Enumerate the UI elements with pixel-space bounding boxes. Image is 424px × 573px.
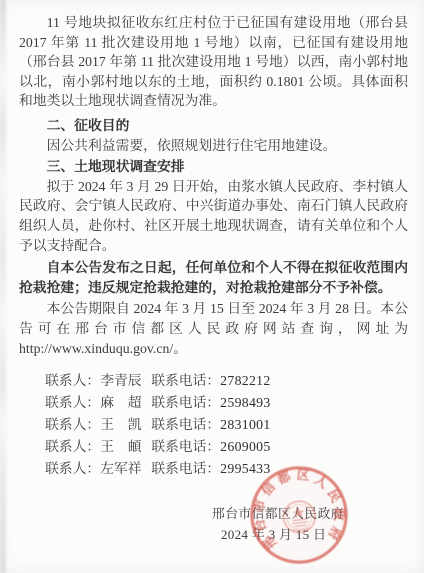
contact-name: 王 頔 [100, 436, 144, 458]
url-period: 。 [173, 341, 187, 356]
contact-name: 李青辰 [100, 370, 144, 392]
contact-label: 联系人： [45, 373, 100, 388]
scanned-notice-page: 11 号地块拟征收东红庄村位于已征国有建设用地（邢台县 2017 年第 11 批… [0, 0, 424, 573]
contact-row: 联系人：王 凯联系电话：2831001 [45, 414, 408, 436]
contact-row: 联系人：左军祥联系电话：2995433 [45, 458, 408, 480]
svg-text:府: 府 [325, 524, 344, 542]
phone-label: 联系电话： [151, 417, 220, 432]
notice-body: 11 号地块拟征收东红庄村位于已征国有建设用地（邢台县 2017 年第 11 批… [19, 13, 408, 480]
section3-heading: 三、土地现状调查安排 [19, 157, 408, 177]
contact-row: 联系人：王 頔联系电话：2609005 [45, 436, 408, 458]
phone-label: 联系电话： [151, 373, 220, 388]
scan-edge-artifact [0, 0, 6, 573]
contact-row: 联系人：麻 超联系电话：2598493 [45, 392, 408, 414]
issuing-authority-signature: 邢台市信都区人民政府 [212, 503, 344, 522]
notice-period-paragraph: 本公告期限自 2024 年 3 月 15 日至 2024 年 3 月 28 日。… [19, 299, 408, 358]
phone-label: 联系电话： [151, 461, 220, 476]
contact-list: 联系人：李青辰联系电话：2782212 联系人：麻 超联系电话：2598493 … [19, 370, 408, 480]
contact-phone: 2995433 [220, 461, 270, 476]
phone-label: 联系电话： [151, 395, 220, 410]
contact-label: 联系人： [45, 461, 100, 476]
contact-name: 左军祥 [100, 458, 144, 480]
section3-paragraph: 拟于 2024 年 3 月 29 日开始，由浆水镇人民政府、李村镇人民政府、会宁… [19, 177, 408, 255]
issue-date: 2024 年 3 月 15 日 [221, 524, 326, 543]
contact-name: 王 凯 [100, 414, 144, 436]
section2-paragraph: 因公共利益需要，依照规划进行住宅用地建设。 [19, 136, 408, 156]
contact-phone: 2831001 [220, 417, 270, 432]
notice-period-text: 本公告期限自 2024 年 3 月 15 日至 2024 年 3 月 28 日。… [19, 301, 408, 336]
section2-heading: 二、征收目的 [19, 116, 408, 136]
phone-label: 联系电话： [151, 439, 220, 454]
contact-phone: 2609005 [220, 439, 270, 454]
svg-text:信: 信 [258, 479, 278, 499]
contact-label: 联系人： [45, 417, 100, 432]
contact-label: 联系人： [45, 395, 100, 410]
contact-phone: 2782212 [220, 373, 270, 388]
government-website-url: http://www.xinduqu.gov.cn/ [19, 341, 173, 356]
contact-label: 联系人： [45, 439, 100, 454]
contact-row: 联系人：李青辰联系电话：2782212 [45, 370, 408, 392]
contact-name: 麻 超 [100, 392, 144, 414]
contact-phone: 2598493 [220, 395, 270, 410]
warning-paragraph: 自本公告发布之日起，任何单位和个人不得在拟征收范围内抢栽抢建；违反规定抢栽抢建的… [19, 258, 408, 297]
location-paragraph: 11 号地块拟征收东红庄村位于已征国有建设用地（邢台县 2017 年第 11 批… [19, 13, 408, 111]
